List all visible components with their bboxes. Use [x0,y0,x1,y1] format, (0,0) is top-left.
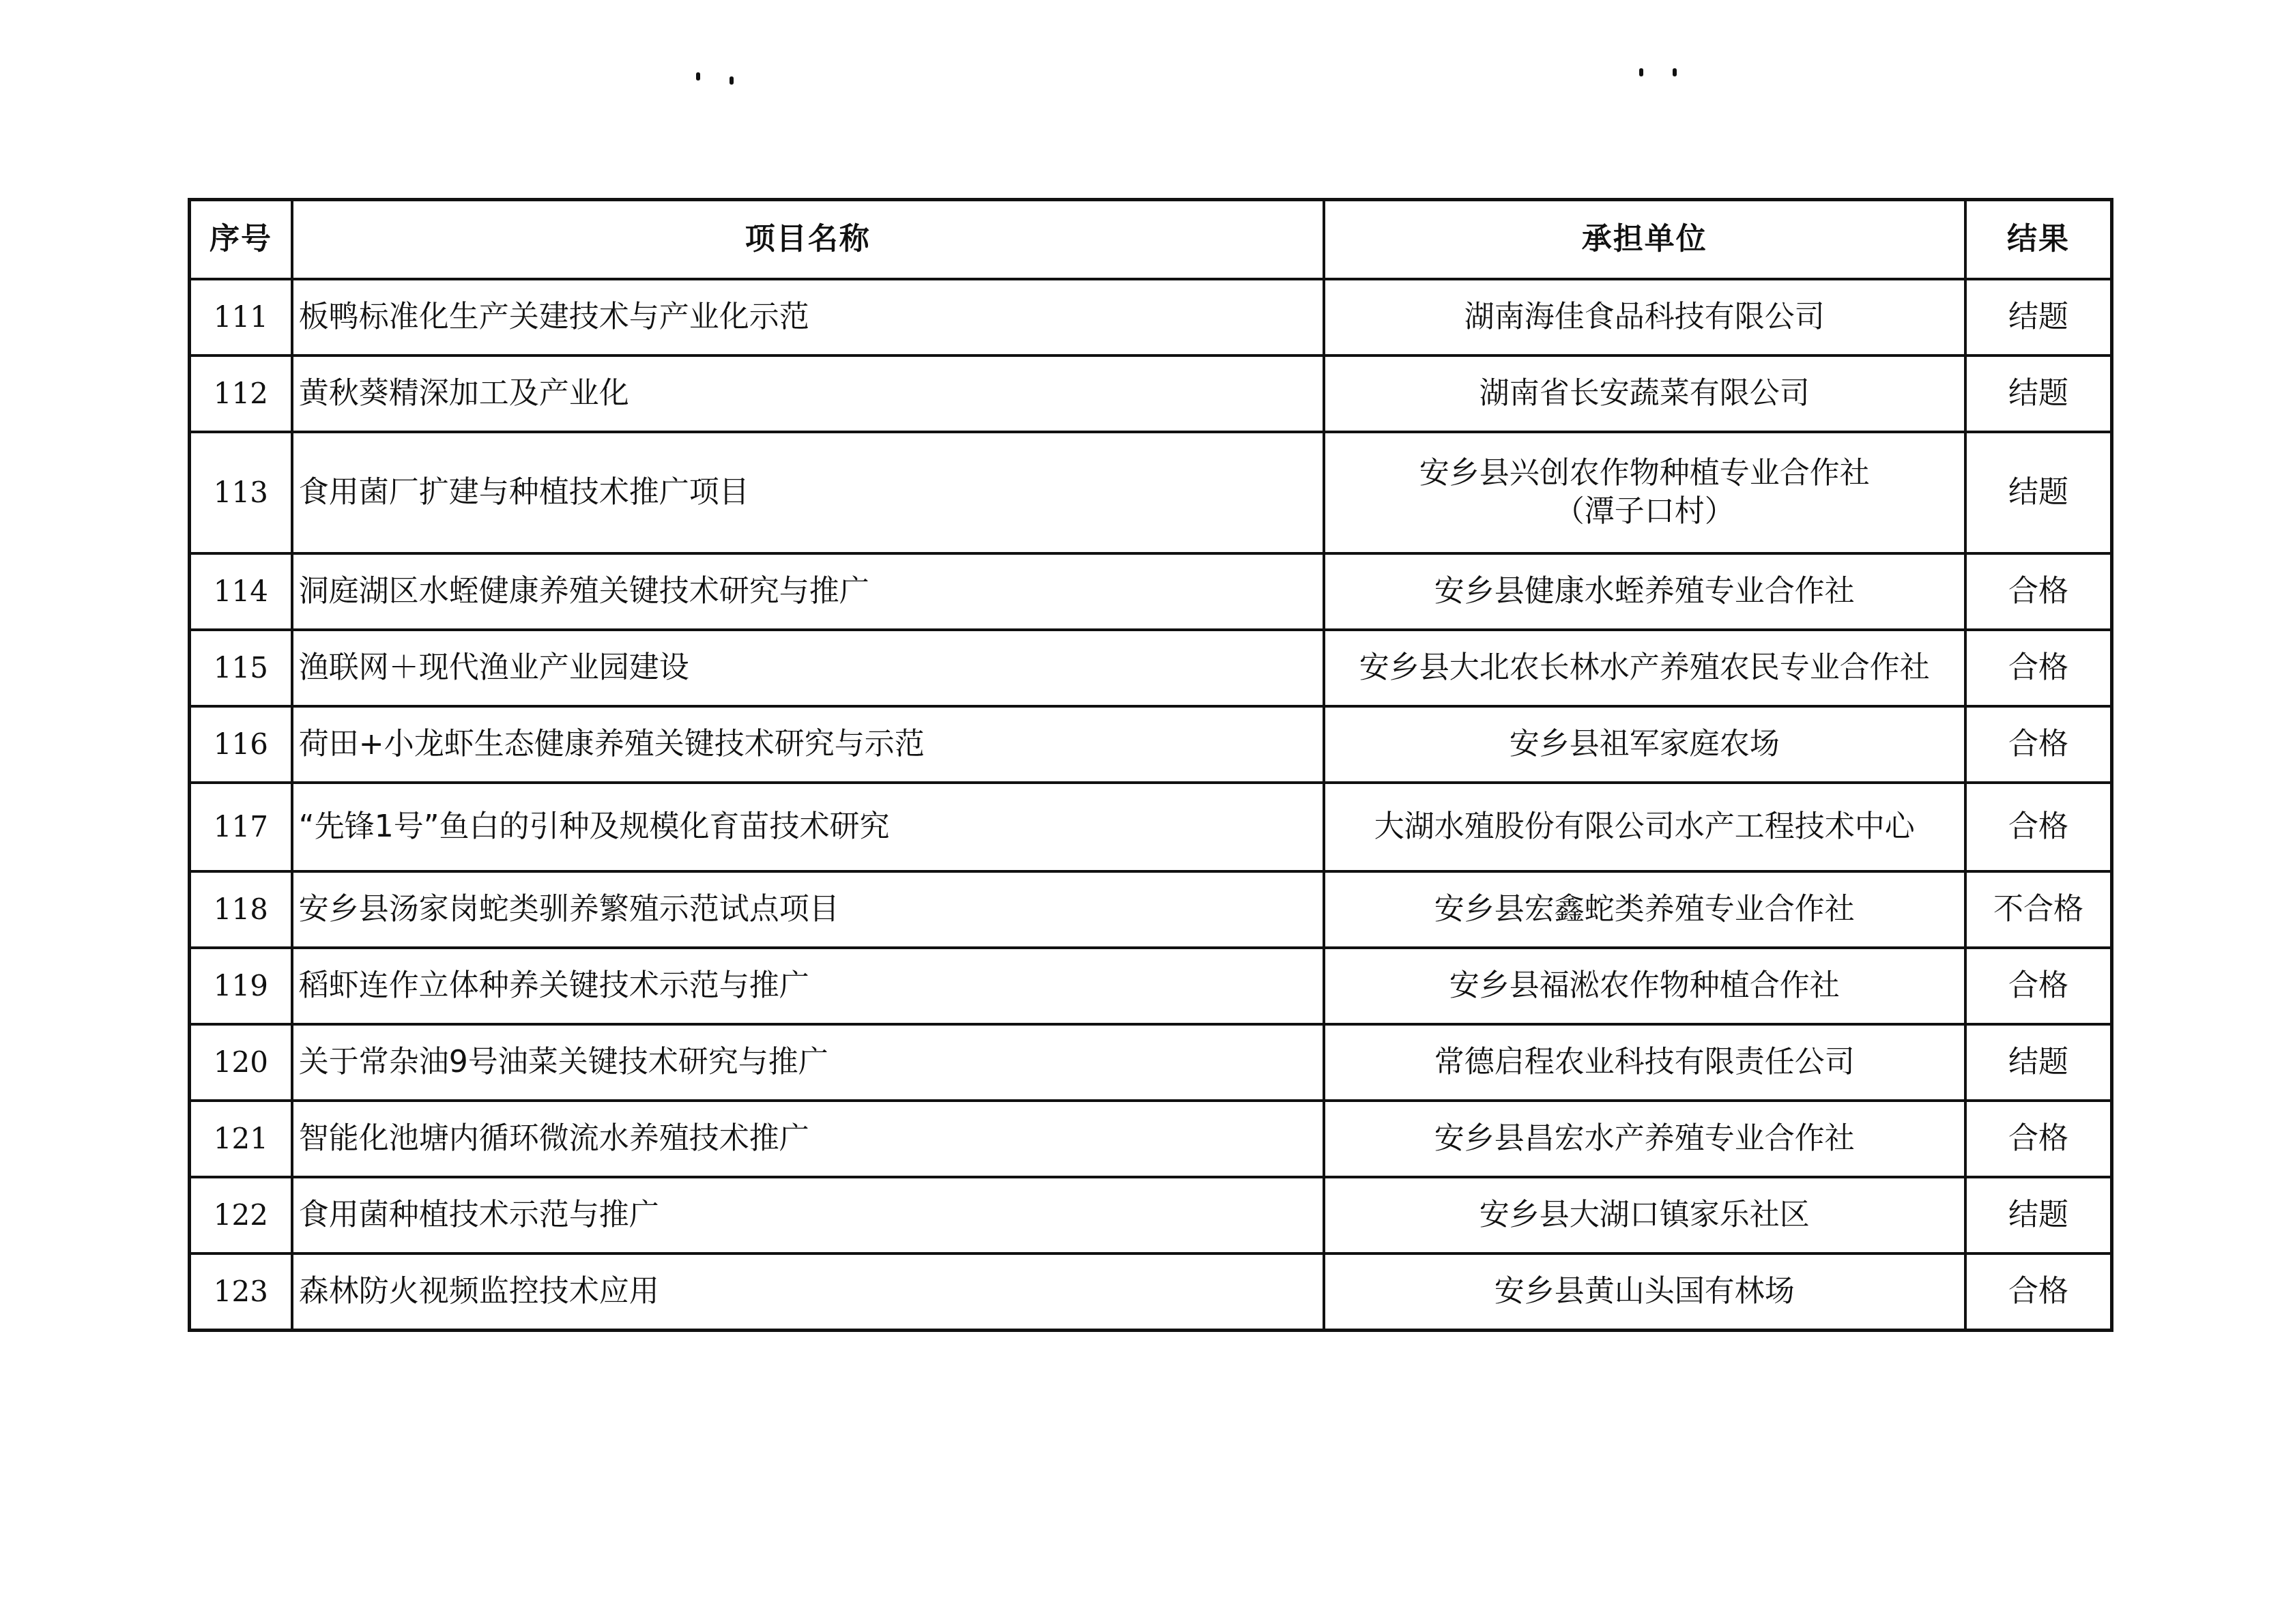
project-name-cell: 安乡县汤家岗蛇类驯养繁殖示范试点项目 [292,871,1324,948]
header-project-name: 项目名称 [292,200,1324,280]
project-results-table: 序号 项目名称 承担单位 结果 111板鸭标准化生产关建技术与产业化示范湖南海佳… [188,198,2113,1332]
serial-number-cell: 123 [190,1253,292,1331]
responsible-unit-cell: 安乡县福淞农作物种植合作社 [1324,948,1965,1024]
table-row: 114洞庭湖区水蛭健康养殖关键技术研究与推广安乡县健康水蛭养殖专业合作社合格 [190,553,2112,630]
table-row: 121智能化池塘内循环微流水养殖技术推广安乡县昌宏水产养殖专业合作社合格 [190,1101,2112,1177]
responsible-unit-cell: 常德启程农业科技有限责任公司 [1324,1024,1965,1101]
responsible-unit-cell: 安乡县兴创农作物种植专业合作社（潭子口村） [1324,432,1965,553]
responsible-unit-line: 安乡县祖军家庭农场 [1325,725,1964,764]
project-name-cell: 森林防火视频监控技术应用 [292,1253,1324,1331]
project-name-cell: “先锋1号”鱼白的引种及规模化育苗技术研究 [292,783,1324,871]
responsible-unit-line: 安乡县兴创农作物种植专业合作社 [1325,454,1964,493]
responsible-unit-line: 常德启程农业科技有限责任公司 [1325,1043,1964,1082]
scan-mark [1639,68,1643,76]
responsible-unit-line: 安乡县昌宏水产养殖专业合作社 [1325,1120,1964,1158]
table-row: 116荷田+小龙虾生态健康养殖关键技术研究与示范安乡县祖军家庭农场合格 [190,706,2112,783]
responsible-unit-cell: 大湖水殖股份有限公司水产工程技术中心 [1324,783,1965,871]
project-name-cell: 洞庭湖区水蛭健康养殖关键技术研究与推广 [292,553,1324,630]
table-row: 118安乡县汤家岗蛇类驯养繁殖示范试点项目安乡县宏鑫蛇类养殖专业合作社不合格 [190,871,2112,948]
table-row: 111板鸭标准化生产关建技术与产业化示范湖南海佳食品科技有限公司结题 [190,279,2112,356]
responsible-unit-cell: 湖南省长安蔬菜有限公司 [1324,356,1965,432]
serial-number-cell: 121 [190,1101,292,1177]
header-serial-number: 序号 [190,200,292,280]
table-row: 112黄秋葵精深加工及产业化湖南省长安蔬菜有限公司结题 [190,356,2112,432]
responsible-unit-line: 安乡县大湖口镇家乐社区 [1325,1196,1964,1234]
result-cell: 合格 [1965,783,2112,871]
responsible-unit-cell: 安乡县大北农长林水产养殖农民专业合作社 [1324,630,1965,706]
table-row: 113食用菌厂扩建与种植技术推广项目安乡县兴创农作物种植专业合作社（潭子口村）结… [190,432,2112,553]
table-row: 122食用菌种植技术示范与推广安乡县大湖口镇家乐社区结题 [190,1177,2112,1253]
project-name-cell: 智能化池塘内循环微流水养殖技术推广 [292,1101,1324,1177]
serial-number-cell: 112 [190,356,292,432]
responsible-unit-cell: 湖南海佳食品科技有限公司 [1324,279,1965,356]
result-cell: 不合格 [1965,871,2112,948]
responsible-unit-line: 湖南海佳食品科技有限公司 [1325,298,1964,336]
project-name-cell: 食用菌厂扩建与种植技术推广项目 [292,432,1324,553]
serial-number-cell: 113 [190,432,292,553]
result-cell: 合格 [1965,1101,2112,1177]
scan-mark [1673,68,1677,76]
project-name-cell: 荷田+小龙虾生态健康养殖关键技术研究与示范 [292,706,1324,783]
header-responsible-unit: 承担单位 [1324,200,1965,280]
result-cell: 合格 [1965,553,2112,630]
result-cell: 结题 [1965,356,2112,432]
project-name-cell: 稻虾连作立体种养关键技术示范与推广 [292,948,1324,1024]
table-header-row: 序号 项目名称 承担单位 结果 [190,200,2112,280]
serial-number-cell: 118 [190,871,292,948]
serial-number-cell: 122 [190,1177,292,1253]
responsible-unit-cell: 安乡县祖军家庭农场 [1324,706,1965,783]
serial-number-cell: 120 [190,1024,292,1101]
responsible-unit-cell: 安乡县黄山头国有林场 [1324,1253,1965,1331]
responsible-unit-line: 湖南省长安蔬菜有限公司 [1325,375,1964,413]
table-row: 119稻虾连作立体种养关键技术示范与推广安乡县福淞农作物种植合作社合格 [190,948,2112,1024]
serial-number-cell: 114 [190,553,292,630]
result-cell: 结题 [1965,432,2112,553]
result-cell: 合格 [1965,630,2112,706]
result-cell: 合格 [1965,706,2112,783]
project-name-cell: 关于常杂油9号油菜关键技术研究与推广 [292,1024,1324,1101]
responsible-unit-cell: 安乡县健康水蛭养殖专业合作社 [1324,553,1965,630]
header-result: 结果 [1965,200,2112,280]
table-row: 115渔联网＋现代渔业产业园建设安乡县大北农长林水产养殖农民专业合作社合格 [190,630,2112,706]
result-cell: 合格 [1965,948,2112,1024]
responsible-unit-line: 安乡县福淞农作物种植合作社 [1325,967,1964,1005]
result-cell: 结题 [1965,1177,2112,1253]
serial-number-cell: 111 [190,279,292,356]
responsible-unit-line: 安乡县健康水蛭养殖专业合作社 [1325,572,1964,611]
table-row: 123森林防火视频监控技术应用安乡县黄山头国有林场合格 [190,1253,2112,1331]
result-cell: 合格 [1965,1253,2112,1331]
serial-number-cell: 117 [190,783,292,871]
responsible-unit-cell: 安乡县大湖口镇家乐社区 [1324,1177,1965,1253]
responsible-unit-cell: 安乡县昌宏水产养殖专业合作社 [1324,1101,1965,1177]
serial-number-cell: 119 [190,948,292,1024]
project-name-cell: 渔联网＋现代渔业产业园建设 [292,630,1324,706]
table-body: 111板鸭标准化生产关建技术与产业化示范湖南海佳食品科技有限公司结题112黄秋葵… [190,279,2112,1331]
project-name-cell: 黄秋葵精深加工及产业化 [292,356,1324,432]
serial-number-cell: 116 [190,706,292,783]
serial-number-cell: 115 [190,630,292,706]
scan-mark [730,76,734,85]
responsible-unit-line: （潭子口村） [1325,493,1964,531]
result-cell: 结题 [1965,279,2112,356]
result-cell: 结题 [1965,1024,2112,1101]
responsible-unit-line: 安乡县大北农长林水产养殖农民专业合作社 [1325,649,1964,687]
scan-mark [696,72,700,81]
project-name-cell: 板鸭标准化生产关建技术与产业化示范 [292,279,1324,356]
table-row: 120关于常杂油9号油菜关键技术研究与推广常德启程农业科技有限责任公司结题 [190,1024,2112,1101]
responsible-unit-line: 安乡县宏鑫蛇类养殖专业合作社 [1325,890,1964,929]
table-row: 117“先锋1号”鱼白的引种及规模化育苗技术研究大湖水殖股份有限公司水产工程技术… [190,783,2112,871]
responsible-unit-line: 大湖水殖股份有限公司水产工程技术中心 [1325,808,1964,846]
responsible-unit-line: 安乡县黄山头国有林场 [1325,1273,1964,1311]
responsible-unit-cell: 安乡县宏鑫蛇类养殖专业合作社 [1324,871,1965,948]
project-name-cell: 食用菌种植技术示范与推广 [292,1177,1324,1253]
